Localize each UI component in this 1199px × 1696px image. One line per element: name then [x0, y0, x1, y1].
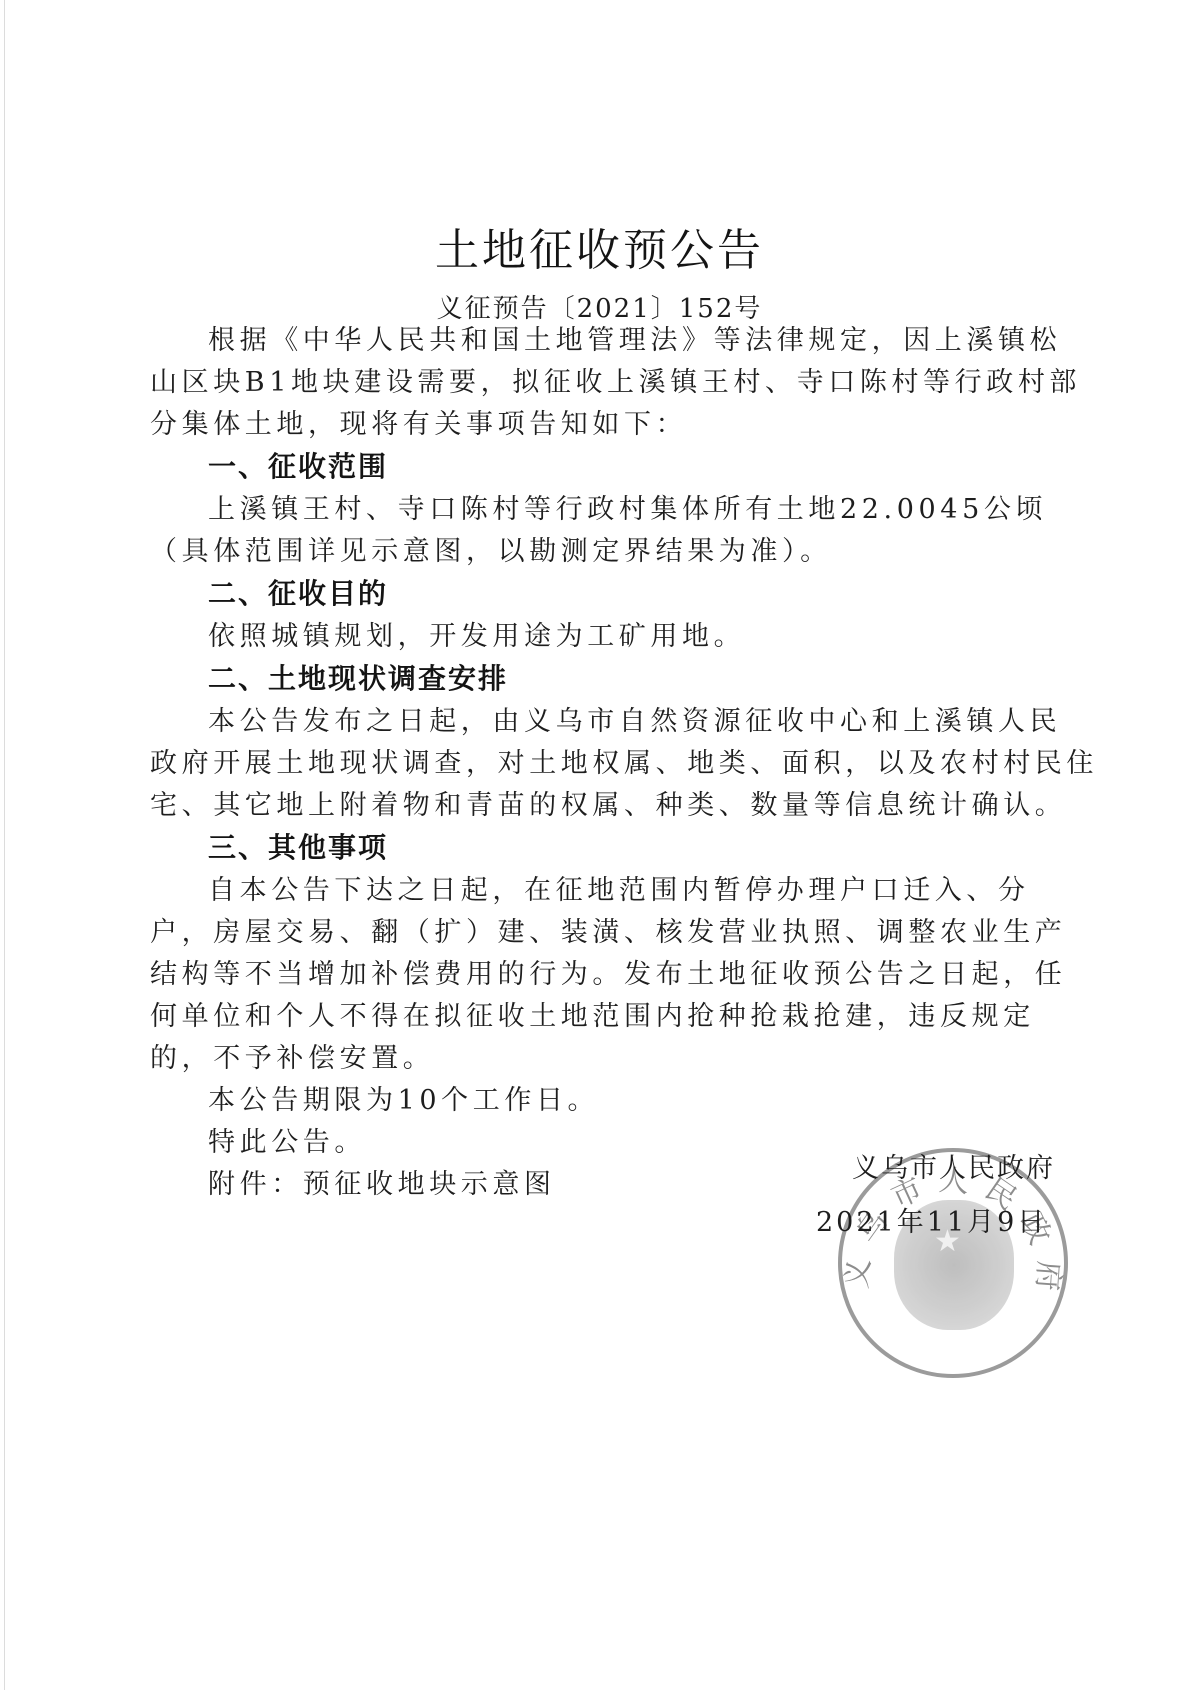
other-line-2: 户，房屋交易、翻（扩）建、装潢、核发营业执照、调整农业生产: [150, 910, 1066, 949]
document-title: 土地征收预公告: [0, 214, 1199, 278]
intro-line-3: 分集体土地，现将有关事项告知如下：: [150, 402, 687, 441]
issue-date: 2021年11月9日: [816, 1200, 1047, 1239]
other-line-1: 自本公告下达之日起，在征地范围内暂停办理户口迁入、分: [208, 868, 1030, 907]
purpose-line-1: 依照城镇规划，开发用途为工矿用地。: [208, 614, 745, 653]
scope-line-2: （具体范围详见示意图，以勘测定界结果为准）。: [150, 529, 832, 568]
survey-line-1: 本公告发布之日起，由义乌市自然资源征收中心和上溪镇人民: [208, 699, 1061, 738]
scope-line-1: 上溪镇王村、寺口陈村等行政村集体所有土地22.0045公顷: [208, 487, 1047, 526]
section-heading-other: 三、其他事项: [208, 826, 388, 866]
issuer-name: 义乌市人民政府: [852, 1146, 1055, 1185]
survey-line-2: 政府开展土地现状调查，对土地权属、地类、面积，以及农村村民住: [150, 741, 1098, 780]
other-line-5: 的，不予补偿安置。: [150, 1036, 434, 1075]
survey-line-3: 宅、其它地上附着物和青苗的权属、种类、数量等信息统计确认。: [150, 783, 1066, 822]
section-heading-scope: 一、征收范围: [208, 445, 388, 485]
attachment-text: 附件：预征收地块示意图: [208, 1162, 556, 1201]
other-line-3: 结构等不当增加补偿费用的行为。发布土地征收预公告之日起，任: [150, 952, 1066, 991]
section-heading-survey: 二、土地现状调查安排: [208, 657, 508, 697]
intro-line-2: 山区块B1地块建设需要，拟征收上溪镇王村、寺口陈村等行政村部: [150, 360, 1081, 399]
intro-line-1: 根据《中华人民共和国土地管理法》等法律规定，因上溪镇松: [208, 318, 1061, 357]
other-line-4: 何单位和个人不得在拟征收土地范围内抢种抢栽抢建，违反规定: [150, 994, 1035, 1033]
closing-text: 特此公告。: [208, 1120, 366, 1159]
seal-ring-text: 义乌市人民政府: [842, 1152, 1064, 1374]
section-heading-purpose: 二、征收目的: [208, 572, 388, 612]
period-text: 本公告期限为10个工作日。: [208, 1078, 599, 1117]
